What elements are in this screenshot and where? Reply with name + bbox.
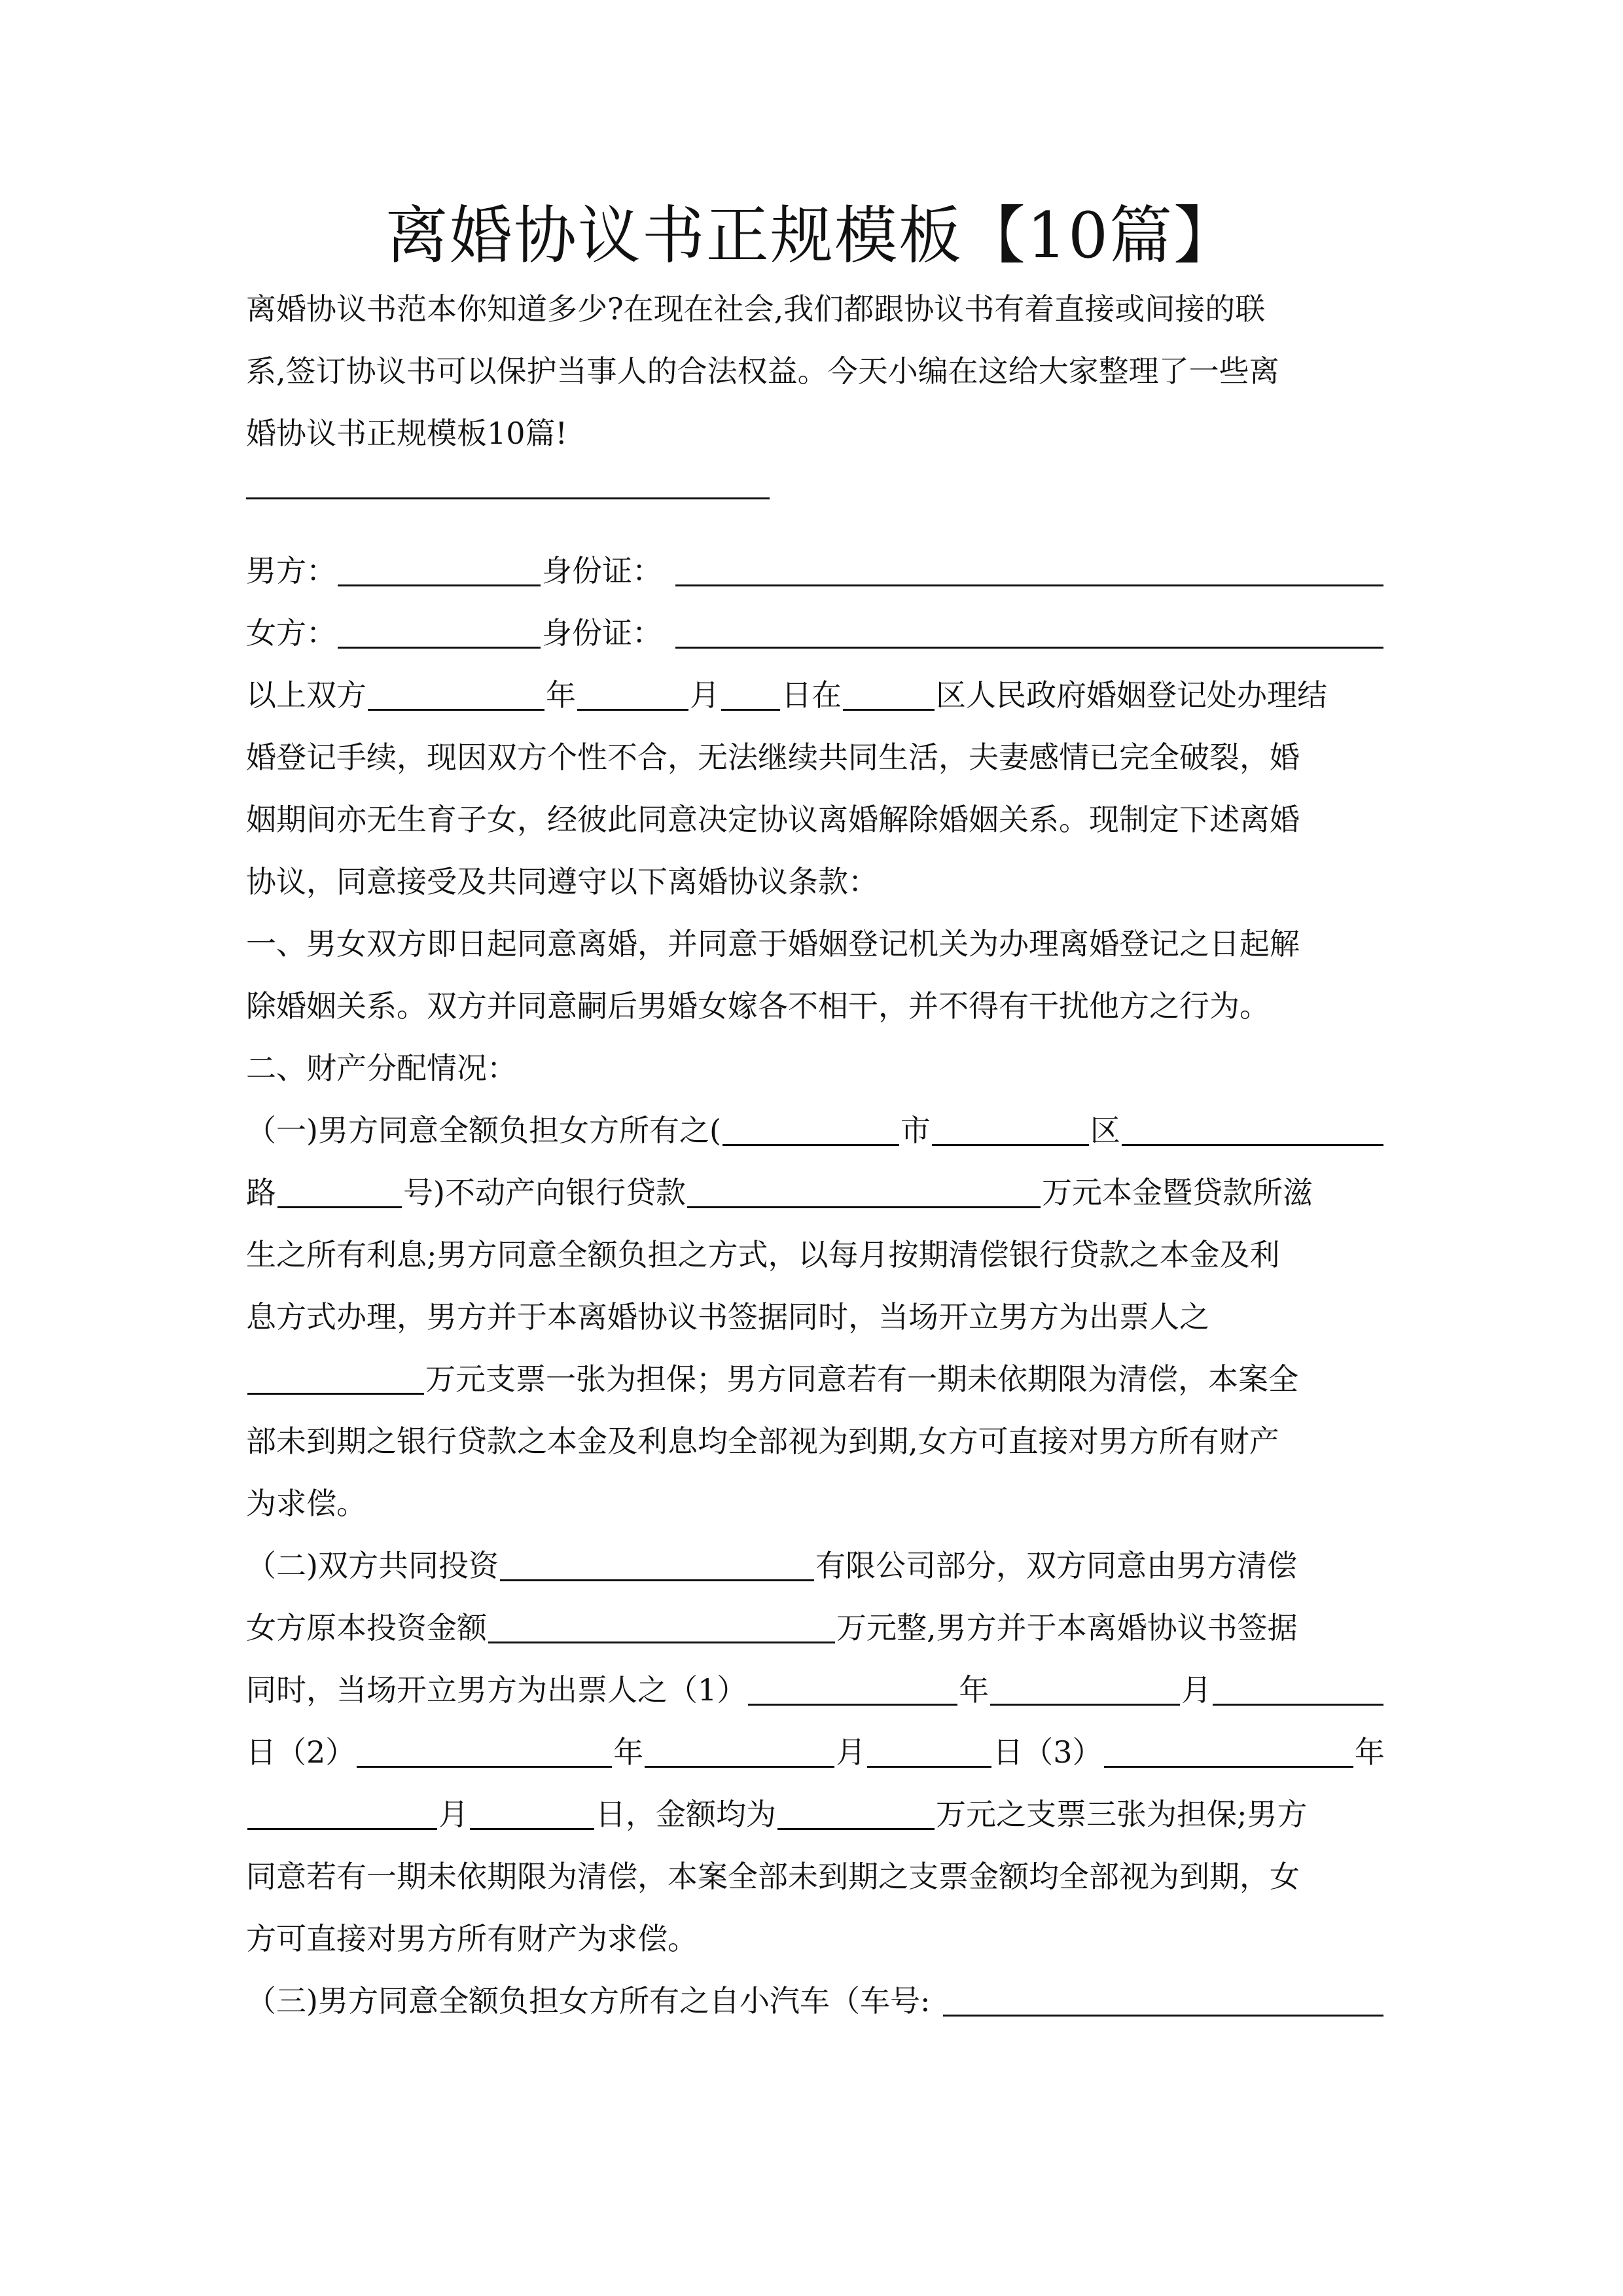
- road-label: 路: [246, 1162, 276, 1224]
- investment-amount-field[interactable]: [488, 1605, 835, 1643]
- year-label: 年: [1355, 1721, 1385, 1784]
- road-field[interactable]: [1122, 1107, 1383, 1146]
- intro-line: 离婚协议书范本你知道多少?在现在社会,我们都跟协议书有着直接或间接的联: [246, 278, 1385, 340]
- male-label: 男方：: [246, 540, 336, 602]
- sub3-line-1: （三)男方同意全额负担女方所有之自小汽车（车号:: [246, 1970, 1385, 2032]
- sub2-line-2: 女方原本投资金额 万元整,男方并于本离婚协议书签据: [246, 1597, 1385, 1659]
- month-label: 月: [438, 1784, 469, 1846]
- sub2-line-4: 日 （2） 年 月 日 （3） 年: [246, 1721, 1385, 1784]
- marriage-prefix: 以上双方: [246, 664, 366, 726]
- marriage-month-field[interactable]: [577, 672, 688, 711]
- check3-year-field[interactable]: [1104, 1729, 1353, 1768]
- sub1-line-1: （一)男方同意全额负担女方所有之( 市 区: [246, 1100, 1385, 1162]
- female-id-field[interactable]: [675, 610, 1383, 649]
- check2-label: （2）: [276, 1721, 355, 1784]
- loan-amount-field[interactable]: [687, 1170, 1041, 1208]
- female-label: 女方：: [246, 602, 336, 664]
- marriage-line: 婚登记手续，现因双方个性不合，无法继续共同生活，夫妻感情已完全破裂，婚: [246, 726, 1385, 789]
- sub1-line-3: 生之所有利息;男方同意全额负担之方式，以每月按期清偿银行贷款之本金及利: [246, 1224, 1385, 1286]
- sub1-line-6: 部未到期之银行贷款之本金及利息均全部视为到期,女方可直接对男方所有财产: [246, 1410, 1385, 1473]
- male-id-field[interactable]: [675, 548, 1383, 586]
- year-label: 年: [959, 1659, 989, 1721]
- sub2-l3-prefix: 同时，当场开立男方为出票人之（1）: [246, 1659, 747, 1721]
- sub2-l1-suffix: 有限公司部分，双方同意由男方清偿: [815, 1535, 1297, 1597]
- marriage-line: 协议，同意接受及共同遵守以下离婚协议条款：: [246, 851, 1385, 913]
- day-at-label: 日在: [781, 664, 842, 726]
- check1-month-field[interactable]: [990, 1667, 1180, 1706]
- city-field[interactable]: [722, 1107, 899, 1146]
- check2-day-field[interactable]: [867, 1729, 991, 1768]
- sub2-line-5: 月 日，金额均为 万元之支票三张为担保;男方: [246, 1784, 1385, 1846]
- document-title: 离婚协议书正规模板【10篇】: [0, 196, 1623, 275]
- sub2-l2-prefix: 女方原本投资金额: [246, 1597, 487, 1659]
- month-label: 月: [836, 1721, 866, 1784]
- check-amount-field[interactable]: [247, 1356, 424, 1395]
- marriage-day-field[interactable]: [721, 672, 780, 711]
- intro-line: 系,签订协议书可以保护当事人的合法权益。今天小编在这给大家整理了一些离: [246, 340, 1385, 403]
- check2-month-field[interactable]: [645, 1729, 834, 1768]
- sub3-prefix: （三)男方同意全额负担女方所有之自小汽车（车号:: [246, 1970, 930, 2032]
- check-amount-field-2[interactable]: [777, 1791, 935, 1830]
- district-label: 区: [1090, 1100, 1120, 1162]
- marriage-date-row: 以上双方 年 月 日在 区人民政府婚姻登记处办理结: [246, 664, 1385, 726]
- plate-number-field[interactable]: [943, 1978, 1383, 2017]
- year-label: 年: [613, 1721, 643, 1784]
- clause-2-heading: 二、财产分配情况：: [246, 1037, 1385, 1100]
- marriage-rest: 区人民政府婚姻登记处办理结: [936, 664, 1327, 726]
- city-label: 市: [901, 1100, 931, 1162]
- sub1-line-4: 息方式办理，男方并于本离婚协议书签据同时，当场开立男方为出票人之: [246, 1286, 1385, 1348]
- day-label: 日: [246, 1721, 276, 1784]
- company-field[interactable]: [500, 1543, 814, 1581]
- id-label: 身份证：: [542, 540, 662, 602]
- sub1-line-2: 路 号)不动产向银行贷款 万元本金暨贷款所滋: [246, 1162, 1385, 1224]
- sub2-line-3: 同时，当场开立男方为出票人之（1） 年 月: [246, 1659, 1385, 1721]
- house-number-field[interactable]: [277, 1170, 402, 1208]
- sub2-l5-day: 日，金额均为: [596, 1784, 776, 1846]
- check1-day-field[interactable]: [1213, 1667, 1383, 1706]
- clause-1-line: 一、男女双方即日起同意离婚，并同意于婚姻登记机关为办理离婚登记之日起解: [246, 913, 1385, 975]
- female-party-row: 女方： 身份证：: [246, 602, 1385, 664]
- document-body: 离婚协议书范本你知道多少?在现在社会,我们都跟协议书有着直接或间接的联 系,签订…: [246, 278, 1385, 2032]
- district-field[interactable]: [843, 672, 935, 711]
- intro-line: 婚协议书正规模板10篇!: [246, 403, 1385, 465]
- sub2-line-6: 同意若有一期未依期限为清偿，本案全部未到期之支票金额均全部视为到期，女: [246, 1846, 1385, 1908]
- check3-day-field[interactable]: [470, 1791, 594, 1830]
- male-party-row: 男方： 身份证：: [246, 540, 1385, 602]
- sub1-line-7: 为求偿。: [246, 1473, 1385, 1535]
- check3-label: （3）: [1023, 1721, 1102, 1784]
- district-field-2[interactable]: [932, 1107, 1089, 1146]
- check3-month-field[interactable]: [247, 1791, 437, 1830]
- sub1-line-5: 万元支票一张为担保；男方同意若有一期未依期限为清偿，本案全: [246, 1348, 1385, 1410]
- month-label: 月: [1181, 1659, 1211, 1721]
- sub2-line-1: （二)双方共同投资 有限公司部分，双方同意由男方清偿: [246, 1535, 1385, 1597]
- sub2-prefix: （二)双方共同投资: [246, 1535, 499, 1597]
- sub2-l2-suffix: 万元整,男方并于本离婚协议书签据: [836, 1597, 1298, 1659]
- loan-suffix: 万元本金暨贷款所滋: [1042, 1162, 1313, 1224]
- sub2-line-7: 方可直接对男方所有财产为求偿。: [246, 1908, 1385, 1970]
- month-label: 月: [690, 664, 720, 726]
- sub1-line-5-text: 万元支票一张为担保；男方同意若有一期未依期限为清偿，本案全: [425, 1348, 1298, 1410]
- loan-label: 号)不动产向银行贷款: [403, 1162, 686, 1224]
- separator-line: [246, 465, 1385, 527]
- day-label: 日: [993, 1721, 1023, 1784]
- check2-year-field[interactable]: [357, 1729, 612, 1768]
- marriage-year-field[interactable]: [368, 672, 544, 711]
- sub2-l5-suffix: 万元之支票三张为担保;男方: [936, 1784, 1308, 1846]
- female-name-field[interactable]: [338, 610, 541, 649]
- check1-year-field[interactable]: [748, 1667, 957, 1706]
- year-label: 年: [546, 664, 576, 726]
- male-name-field[interactable]: [338, 548, 541, 586]
- clause-1-line: 除婚姻关系。双方并同意嗣后男婚女嫁各不相干，并不得有干扰他方之行为。: [246, 975, 1385, 1037]
- id-label: 身份证：: [542, 602, 662, 664]
- sub1-prefix: （一)男方同意全额负担女方所有之(: [246, 1100, 721, 1162]
- marriage-line: 姻期间亦无生育子女，经彼此同意决定协议离婚解除婚姻关系。现制定下述离婚: [246, 789, 1385, 851]
